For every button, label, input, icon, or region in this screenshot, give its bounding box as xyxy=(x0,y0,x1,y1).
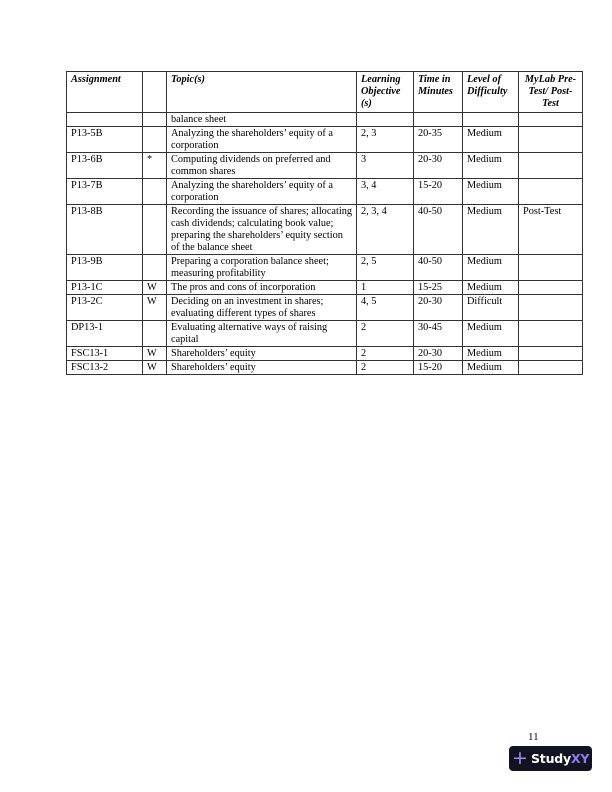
table-row: P13-6B*Computing dividends on preferred … xyxy=(67,153,583,179)
cell-difficulty: Medium xyxy=(463,205,519,255)
cell-time: 30-45 xyxy=(414,321,463,347)
cell-assignment: P13-1C xyxy=(67,281,143,295)
table-row: P13-5BAnalyzing the shareholders’ equity… xyxy=(67,127,583,153)
cell-difficulty: Medium xyxy=(463,347,519,361)
logo-suffix: XY xyxy=(571,751,589,766)
cell-difficulty: Medium xyxy=(463,127,519,153)
cell-difficulty: Medium xyxy=(463,321,519,347)
cell-objective: 1 xyxy=(357,281,414,295)
cell-mylab xyxy=(519,281,583,295)
assignment-table: Assignment Topic(s) Learning Objective (… xyxy=(66,71,583,375)
cell-time: 15-25 xyxy=(414,281,463,295)
cell-objective: 2 xyxy=(357,321,414,347)
cell-mark xyxy=(143,255,167,281)
cell-difficulty: Medium xyxy=(463,153,519,179)
cell-topics: Shareholders’ equity xyxy=(167,347,357,361)
cell-assignment: P13-2C xyxy=(67,295,143,321)
cell-difficulty xyxy=(463,113,519,127)
cell-mylab xyxy=(519,153,583,179)
cell-objective: 2 xyxy=(357,361,414,375)
cell-topics: balance sheet xyxy=(167,113,357,127)
cell-mark xyxy=(143,179,167,205)
page-number: 11 xyxy=(528,731,539,743)
header-difficulty: Level of Difficulty xyxy=(463,72,519,113)
cell-time: 40-50 xyxy=(414,255,463,281)
cell-assignment: FSC13-1 xyxy=(67,347,143,361)
cell-mark xyxy=(143,127,167,153)
cell-objective: 2, 3 xyxy=(357,127,414,153)
cell-topics: Analyzing the shareholders’ equity of a … xyxy=(167,127,357,153)
cell-assignment: P13-7B xyxy=(67,179,143,205)
cell-assignment: P13-9B xyxy=(67,255,143,281)
table-row: FSC13-1WShareholders’ equity220-30Medium xyxy=(67,347,583,361)
cell-topics: Shareholders’ equity xyxy=(167,361,357,375)
cell-assignment xyxy=(67,113,143,127)
cell-mylab xyxy=(519,113,583,127)
cell-assignment: FSC13-2 xyxy=(67,361,143,375)
header-assignment: Assignment xyxy=(67,72,143,113)
cell-topics: Deciding on an investment in shares; eva… xyxy=(167,295,357,321)
table-row: P13-8BRecording the issuance of shares; … xyxy=(67,205,583,255)
cell-time: 20-35 xyxy=(414,127,463,153)
cell-topics: The pros and cons of incorporation xyxy=(167,281,357,295)
cell-topics: Recording the issuance of shares; alloca… xyxy=(167,205,357,255)
cell-time: 15-20 xyxy=(414,361,463,375)
cell-mark xyxy=(143,321,167,347)
cell-objective: 4, 5 xyxy=(357,295,414,321)
cell-mark: W xyxy=(143,281,167,295)
cell-mark xyxy=(143,205,167,255)
cell-difficulty: Difficult xyxy=(463,295,519,321)
header-topics: Topic(s) xyxy=(167,72,357,113)
cell-time: 40-50 xyxy=(414,205,463,255)
cell-mark: W xyxy=(143,361,167,375)
logo-wordmark: StudyXY xyxy=(531,751,589,766)
logo-prefix: Study xyxy=(531,751,571,766)
cell-difficulty: Medium xyxy=(463,255,519,281)
cell-difficulty: Medium xyxy=(463,281,519,295)
cell-mylab xyxy=(519,295,583,321)
cell-mylab: Post-Test xyxy=(519,205,583,255)
table-row: FSC13-2WShareholders’ equity215-20Medium xyxy=(67,361,583,375)
cell-mark: W xyxy=(143,347,167,361)
cell-difficulty: Medium xyxy=(463,361,519,375)
table-header-row: Assignment Topic(s) Learning Objective (… xyxy=(67,72,583,113)
cell-assignment: DP13-1 xyxy=(67,321,143,347)
cell-topics: Preparing a corporation balance sheet; m… xyxy=(167,255,357,281)
cell-time xyxy=(414,113,463,127)
cell-topics: Evaluating alternative ways of raising c… xyxy=(167,321,357,347)
cell-assignment: P13-8B xyxy=(67,205,143,255)
cell-objective: 3 xyxy=(357,153,414,179)
cell-objective: 2, 3, 4 xyxy=(357,205,414,255)
cell-objective: 2 xyxy=(357,347,414,361)
cell-mylab xyxy=(519,179,583,205)
cell-topics: Computing dividends on preferred and com… xyxy=(167,153,357,179)
table-row: P13-7BAnalyzing the shareholders’ equity… xyxy=(67,179,583,205)
table-row: P13-1CWThe pros and cons of incorporatio… xyxy=(67,281,583,295)
cell-mylab xyxy=(519,255,583,281)
table-row: P13-9BPreparing a corporation balance sh… xyxy=(67,255,583,281)
cell-assignment: P13-6B xyxy=(67,153,143,179)
cell-time: 15-20 xyxy=(414,179,463,205)
table-row: balance sheet xyxy=(67,113,583,127)
plus-icon: + xyxy=(509,746,531,771)
header-mark xyxy=(143,72,167,113)
cell-mylab xyxy=(519,127,583,153)
header-time: Time in Minutes xyxy=(414,72,463,113)
cell-objective: 2, 5 xyxy=(357,255,414,281)
cell-objective xyxy=(357,113,414,127)
cell-mylab xyxy=(519,347,583,361)
cell-difficulty: Medium xyxy=(463,179,519,205)
table-row: DP13-1Evaluating alternative ways of rai… xyxy=(67,321,583,347)
header-mylab: MyLab Pre-Test/ Post-Test xyxy=(519,72,583,113)
cell-mylab xyxy=(519,321,583,347)
cell-objective: 3, 4 xyxy=(357,179,414,205)
cell-topics: Analyzing the shareholders’ equity of a … xyxy=(167,179,357,205)
cell-assignment: P13-5B xyxy=(67,127,143,153)
cell-mark xyxy=(143,113,167,127)
cell-mark: W xyxy=(143,295,167,321)
cell-time: 20-30 xyxy=(414,295,463,321)
table-row: P13-2CWDeciding on an investment in shar… xyxy=(67,295,583,321)
studyxy-logo[interactable]: + StudyXY xyxy=(509,746,592,771)
cell-mark: * xyxy=(143,153,167,179)
header-objective: Learning Objective (s) xyxy=(357,72,414,113)
cell-mylab xyxy=(519,361,583,375)
cell-time: 20-30 xyxy=(414,153,463,179)
cell-time: 20-30 xyxy=(414,347,463,361)
